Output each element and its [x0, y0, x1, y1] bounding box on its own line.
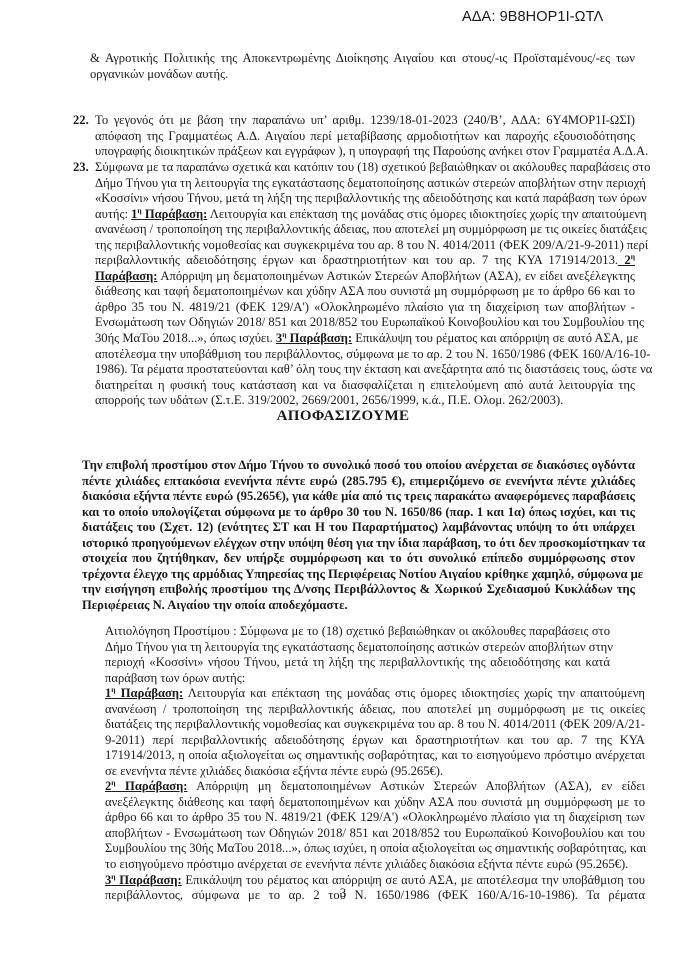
text-line: ανανέωση / τροποποίηση της περιβαλλοντικ…	[95, 222, 635, 238]
text-line: 30ής ΜαΤου 2018...», όπως ισχύει. 3η Παρ…	[95, 331, 635, 347]
text-line: της περιβαλλοντικής νομοθεσίας και συγκε…	[95, 238, 635, 254]
violation-2-label: 2η Παράβαση:	[105, 779, 187, 793]
text-line: «Κοσσίνι» νήσου Τήνου, μετά τη λήξη της …	[95, 191, 635, 207]
text-line: 171914/2013, η οποία αξιολογείται ως σημ…	[105, 748, 645, 764]
text-line: τρέχοντα έλεγχο της αρμόδιας Υπηρεσίας τ…	[82, 567, 635, 583]
text-line: Το γεγονός ότι με βάση την παραπάνω υπ’ …	[95, 113, 635, 129]
violation-2-label-end: Παράβαση:	[95, 269, 157, 283]
text-line: οργανικών μονάδων αυτής.	[90, 67, 635, 83]
text-line: σε ενενήντα πέντε χιλιάδες διακόσια εξήν…	[105, 764, 645, 780]
text-line: 9-2011) περί περιβαλλοντικής αδειοδότηση…	[105, 733, 645, 749]
text-line: το εισηγούμενο πρόστιμο ανέρχεται σε ενε…	[105, 857, 645, 873]
text-line: παράβαση των όρων αυτής:	[105, 671, 610, 687]
text-line: διάθεσης και ταφή δεματοποιημένων και χύ…	[95, 284, 635, 300]
text-line: απορροής των υδάτων (Σ.τ.Ε. 319/2002, 26…	[95, 393, 635, 409]
text-line: διακόσια εξήντα πέντε ευρώ (95.265€), γι…	[82, 489, 635, 505]
text-line: ιστορικό προηγούμενων ελέγχων στην υπόψη…	[82, 536, 635, 552]
decision-paragraph: Την επιβολή προστίμου στον Δήμο Τήνου το…	[82, 458, 635, 613]
text-line: περιοχή «Κοσσίνι» νήσου Τήνου, μετά τη λ…	[105, 655, 610, 671]
text-line: Σύμφωνα με τα παραπάνω σχετικά και κατόπ…	[95, 160, 635, 176]
text-line: άρθρο 66 και το άρθρο 35 του Ν. 4819/21 …	[105, 810, 645, 826]
text-line: αποβλήτων - Ενσωμάτωση των Οδηγιών 2018/…	[105, 826, 645, 842]
ada-code: ΑΔΑ: 9Β8ΗΟΡ1Ι-ΩΤΛ	[462, 9, 603, 25]
justification-violation-1: 1η Παράβαση: Λειτουργία και επέκταση της…	[105, 686, 645, 779]
text-line: Την επιβολή προστίμου στον Δήμο Τήνου το…	[82, 458, 635, 474]
list-number: 22.	[73, 113, 89, 129]
justification-violations: 1η Παράβαση: Λειτουργία και επέκταση της…	[105, 686, 645, 904]
text-line: αποτέλεσμα την υποβάθμιση του περιβάλλον…	[95, 347, 635, 363]
text-line: Περιφέρειας Ν. Αιγαίου την οποία αποδεχό…	[82, 598, 635, 614]
text-line: Παράβαση: Απόρριψη μη δεματοποιημένων Ασ…	[95, 269, 635, 285]
page-number: 3	[0, 885, 686, 901]
text-line: Δήμο Τήνου για τη λειτουργία της εγκατάσ…	[105, 640, 610, 656]
list-number: 23.	[73, 160, 89, 176]
text-line: διατάξεις της περιβαλλοντικής νομοθεσίας…	[105, 717, 645, 733]
violation-1-label: 1η Παράβαση:	[105, 686, 183, 700]
text-line: στοιχεία που ζητήθηκαν, δεν υπήρξε συμμό…	[82, 551, 635, 567]
text-line: Ενσωμάτωση των Οδηγιών 2018/ 851 και 201…	[95, 315, 635, 331]
text-line: ανεξέλεγκτης διάθεσης και ταφή δεματοποι…	[105, 795, 645, 811]
text-line: 1986). Τα ρέματα προστατεύονται καθ’ όλη…	[95, 362, 635, 378]
text-line: αυτής: 1η Παράβαση: Λειτουργία και επέκτ…	[95, 207, 635, 223]
decision-heading: ΑΠΟΦΑΣΙΖΟΥΜΕ	[0, 408, 686, 425]
violation-2-label-start: 2η	[618, 253, 635, 267]
text-line: Συμβουλίου της 30ής ΜαΤου 2018...», όπως…	[105, 841, 645, 857]
text-line: Αιτιολόγηση Προστίμου : Σύμφωνα με το (1…	[105, 624, 610, 640]
text-line: πέντε χιλιάδες επτακόσια ενενήντα πέντε …	[82, 474, 635, 490]
text-line: απόφαση της Γραμματέως Α.Δ. Αιγαίου περί…	[95, 129, 635, 145]
list-item-23: Σύμφωνα με τα παραπάνω σχετικά και κατόπ…	[95, 160, 635, 409]
justification-intro: Αιτιολόγηση Προστίμου : Σύμφωνα με το (1…	[105, 624, 610, 686]
text-line: και το οποίο υπολογίζεται σύμφωνα με το …	[82, 505, 635, 521]
text-line: διατηρείται η φυσική τους κατάσταση και …	[95, 378, 635, 394]
continuation-paragraph: & Αγροτικής Πολιτικής της Αποκεντρωμένης…	[90, 51, 635, 82]
violation-1-label: 1η Παράβαση:	[131, 207, 207, 221]
text-line: Δήμο Τήνου για τη λειτουργία της εγκατάσ…	[95, 176, 635, 192]
text-line: υπογραφής διοικητικών πράξεων και εγγράφ…	[95, 144, 635, 160]
justification-violation-2: 2η Παράβαση: Απόρριψη μη δεματοποιημένων…	[105, 779, 645, 872]
text-line: 2η Παράβαση: Απόρριψη μη δεματοποιημένων…	[105, 779, 645, 795]
text-line: περιβαλλοντικής αδειοδότησης έργων και δ…	[95, 253, 635, 269]
text-line: άρθρο 35 του Ν. 4819/21 (ΦΕΚ 129/Α') «Ολ…	[95, 300, 635, 316]
text-line: 1η Παράβαση: Λειτουργία και επέκταση της…	[105, 686, 645, 702]
violation-3-label: 3η Παράβαση:	[276, 331, 352, 345]
text-line: & Αγροτικής Πολιτικής της Αποκεντρωμένης…	[90, 51, 635, 67]
text-line: ανανέωση / τροποποίηση της περιβαλλοντικ…	[105, 702, 645, 718]
text-line: διατάξεις του (Σχετ. 12) (ενότητες ΣΤ κα…	[82, 520, 635, 536]
text-line: την εισήγηση επιβολής προστίμου της Δ/νσ…	[82, 582, 635, 598]
list-item-22: Το γεγονός ότι με βάση την παραπάνω υπ’ …	[95, 113, 635, 160]
